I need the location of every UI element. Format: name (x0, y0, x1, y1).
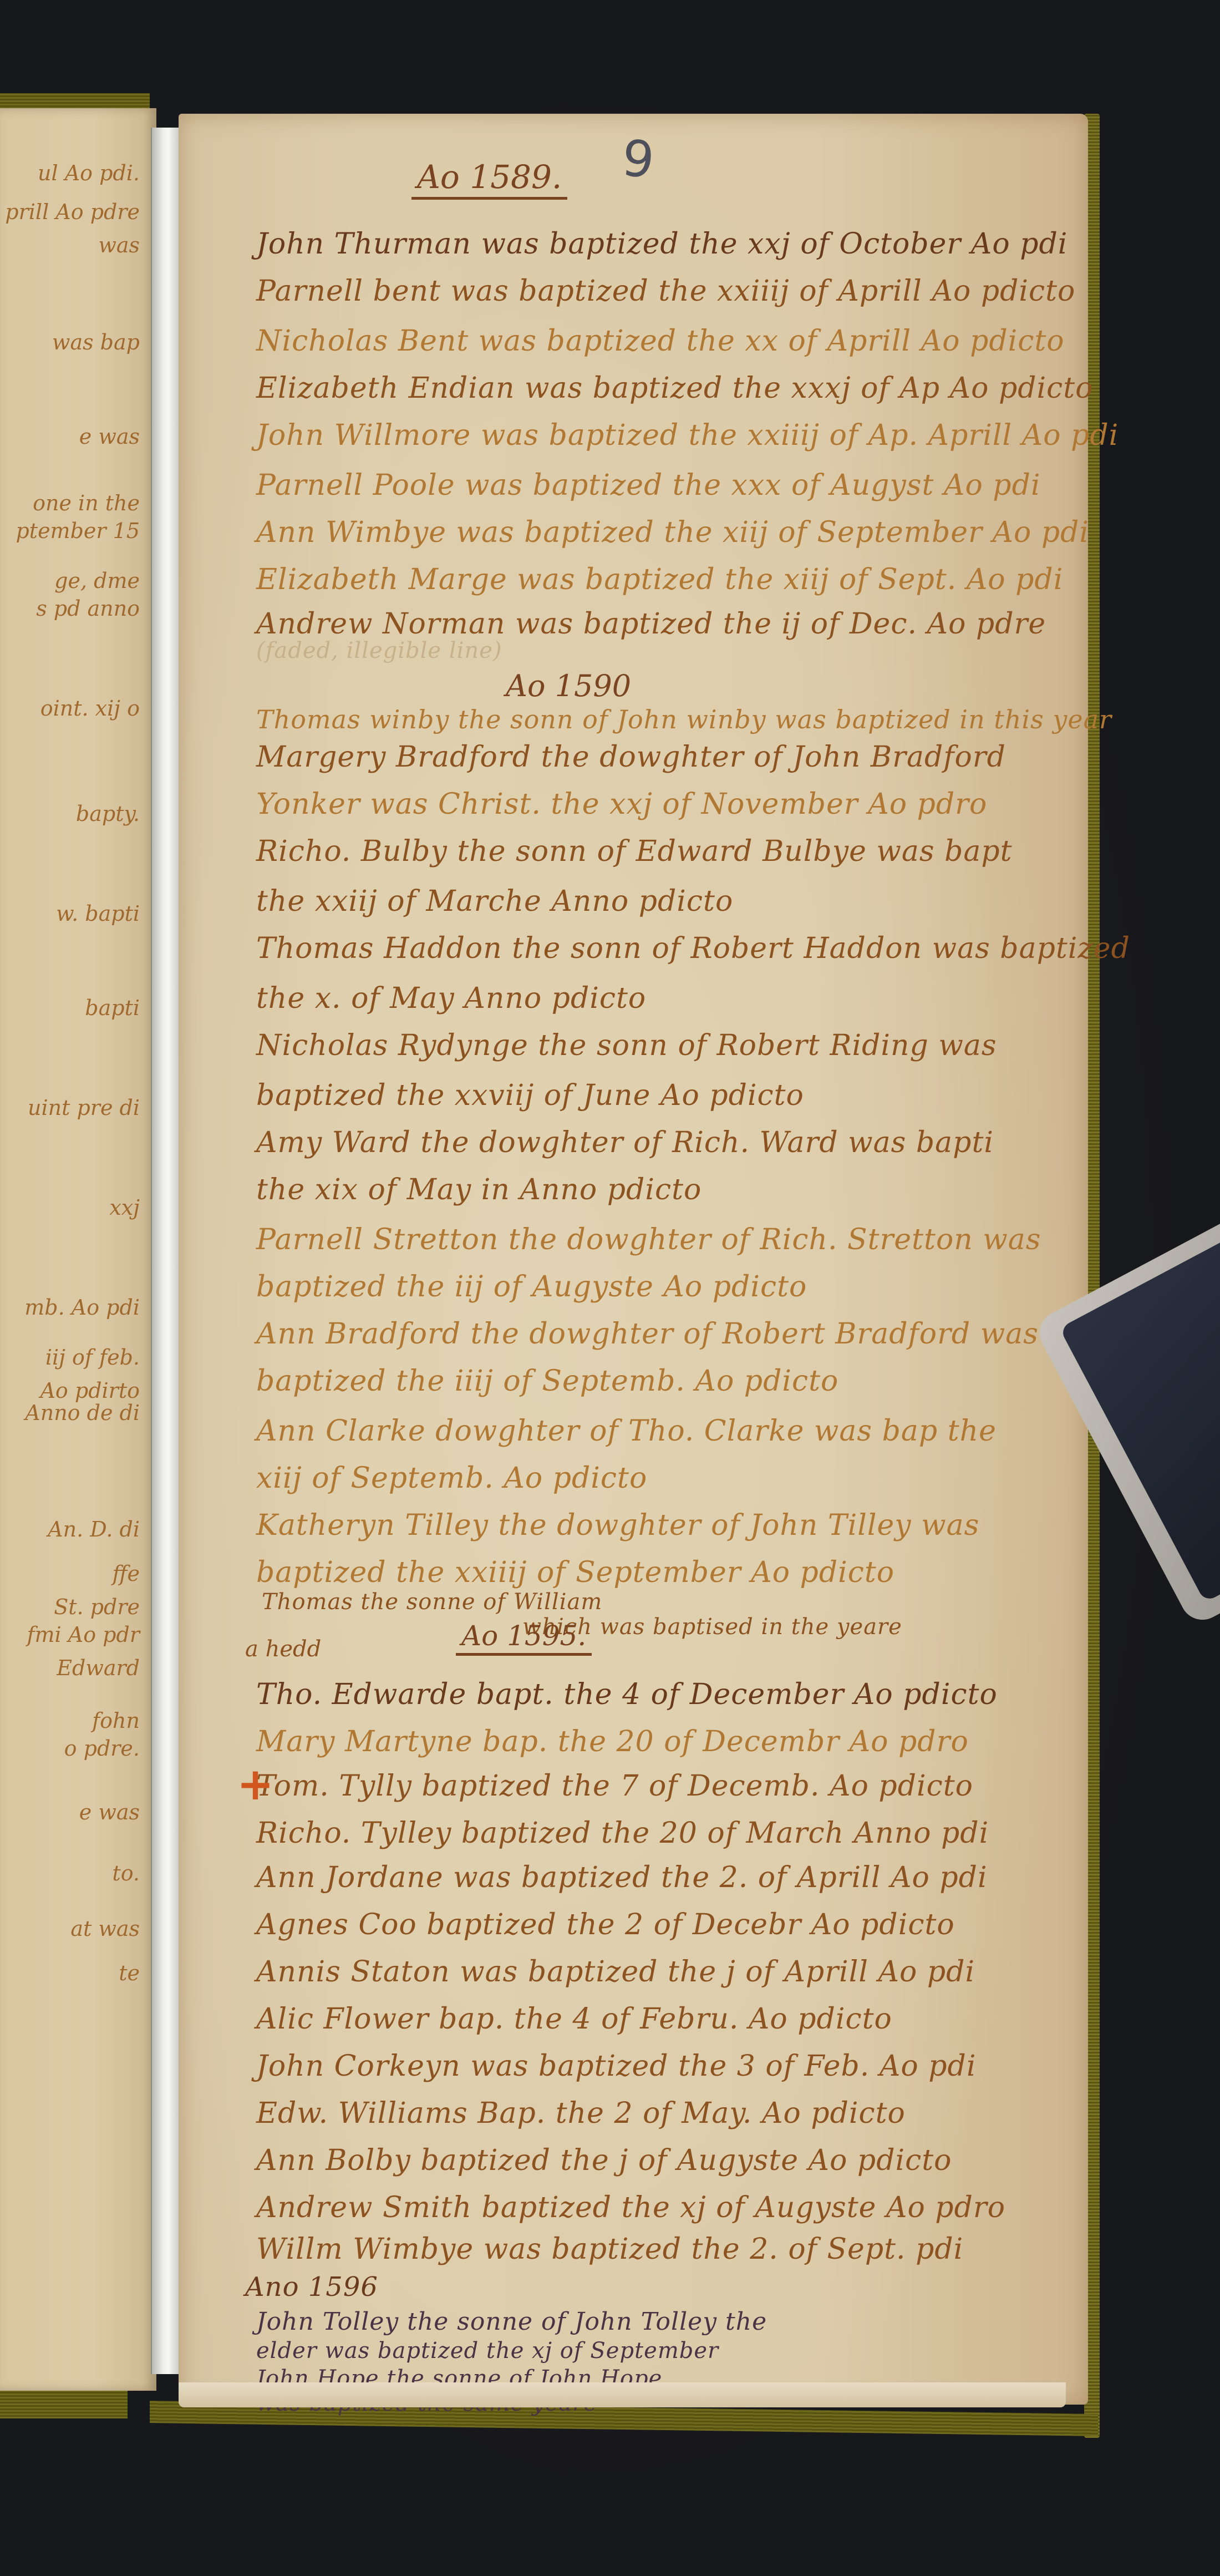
register-entry: Ann Bradford the dowghter of Robert Brad… (256, 1317, 1039, 1351)
left-page-line: ptember 15 (16, 519, 140, 543)
register-entry: the x. of May Anno pdicto (256, 982, 646, 1015)
left-page-line: ul Ao pdi. (38, 161, 140, 185)
register-entry: Ann Bolby baptized the j of Augyste Ao p… (256, 2144, 952, 2177)
left-page-line: e was (79, 1800, 140, 1824)
register-entry: the xxiij of Marche Anno pdicto (256, 885, 733, 918)
left-page-line: bapti (85, 996, 140, 1020)
left-page-line: was bap (52, 330, 140, 354)
register-entry: Annis Staton was baptized the j of April… (256, 1955, 975, 1989)
left-page-line: te (119, 1961, 140, 1985)
left-page-line: fohn (92, 1708, 140, 1733)
left-page-line: ffe (113, 1561, 140, 1586)
register-entry: Thomas Haddon the sonn of Robert Haddon … (256, 932, 1130, 965)
register-entry: Margery Bradford the dowghter of John Br… (256, 741, 1006, 774)
register-entry: Nicholas Rydynge the sonn of Robert Ridi… (256, 1029, 997, 1062)
register-entry: baptized the xxiiij of September Ao pdic… (256, 1556, 894, 1589)
register-entry: Yonker was Christ. the xxj of November A… (256, 788, 987, 821)
year-heading-1596: Ano 1596 (245, 2271, 378, 2303)
left-page-line: Anno de di (25, 1401, 140, 1425)
left-page: ul Ao pdi. prill Ao pdre was was bap e w… (0, 108, 156, 2391)
register-entry: baptized the xxviij of June Ao pdicto (256, 1079, 804, 1112)
left-page-line: St. pdre (54, 1595, 140, 1619)
page-bottom-edge (179, 2382, 1066, 2407)
page-number: 9 (619, 129, 657, 190)
register-entry: Parnell Poole was baptized the xxx of Au… (256, 469, 1041, 502)
register-entry: Parnell bent was baptized the xxiiij of … (256, 275, 1075, 308)
register-entry: Thomas winby the sonn of John winby was … (256, 704, 1112, 734)
left-page-line: w. bapti (56, 901, 140, 926)
year-heading-1589: Ao 1589. (411, 158, 567, 200)
left-page-line: to. (112, 1861, 140, 1885)
register-entry: Andrew Norman was baptized the ij of Dec… (256, 607, 1046, 641)
register-entry: Elizabeth Marge was baptized the xiij of… (256, 563, 1063, 596)
main-page: 9 Ao 1589. John Thurman was baptized the… (179, 114, 1088, 2405)
register-entry: Tho. Edwarde bapt. the 4 of December Ao … (256, 1678, 998, 1711)
year-heading-1595: Ao 1595. (456, 1620, 592, 1656)
register-entry: John Tolley the sonne of John Tolley the (256, 2308, 767, 2336)
register-entry: the xix of May in Anno pdicto (256, 1173, 701, 1206)
left-page-line: was (98, 233, 140, 257)
register-entry: Andrew Smith baptized the xj of Augyste … (256, 2191, 1005, 2224)
register-entry: Richo. Tylley baptized the 20 of March A… (256, 1817, 989, 1850)
left-page-line: fmi Ao pdr (27, 1622, 140, 1647)
register-entry: Ann Clarke dowghter of Tho. Clarke was b… (256, 1414, 997, 1448)
register-entry: John Willmore was baptized the xxiiij of… (256, 419, 1119, 452)
register-entry: Richo. Bulby the sonn of Edward Bulbye w… (256, 835, 1013, 868)
register-entry: Ann Wimbye was baptized the xiij of Sept… (256, 516, 1089, 549)
register-entry: Willm Wimbye was baptized the 2. of Sept… (256, 2233, 963, 2266)
left-page-line: s pd anno (36, 596, 140, 621)
register-entry: baptized the iiij of Septemb. Ao pdicto (256, 1365, 838, 1398)
left-page-line: Edward (57, 1656, 140, 1680)
register-entry: Alic Flower bap. the 4 of Febru. Ao pdic… (256, 2002, 892, 2036)
left-page-line: one in the (33, 491, 140, 515)
left-page-line: ge, dme (54, 569, 140, 593)
register-entry: elder was baptized the xj of September (256, 2338, 719, 2364)
register-entry: xiij of Septemb. Ao pdicto (256, 1462, 647, 1495)
register-entry: John Corkeyn was baptized the 3 of Feb. … (256, 2050, 976, 2083)
left-page-line: e was (79, 424, 140, 449)
left-page-line: at was (70, 1916, 140, 1941)
left-page-line: uint pre di (28, 1096, 140, 1120)
left-page-line: oint. xij o (40, 696, 140, 721)
left-page-line: An. D. di (48, 1517, 140, 1541)
year-heading-1590: Ao 1590 (500, 668, 637, 704)
register-entry: Edw. Williams Bap. the 2 of May. Ao pdic… (256, 2097, 906, 2130)
register-entry: Nicholas Bent was baptized the xx of Apr… (256, 324, 1065, 358)
left-page-line: mb. Ao pdi (24, 1295, 140, 1320)
register-entry: Katheryn Tilley the dowghter of John Til… (256, 1509, 979, 1542)
left-page-line: Ao pdirto (40, 1378, 140, 1403)
register-entry: Mary Martyne bap. the 20 of Decembr Ao p… (256, 1725, 969, 1758)
left-page-line: xxj (109, 1195, 140, 1220)
register-entry: Amy Ward the dowghter of Rich. Ward was … (256, 1126, 994, 1159)
interlinear-note: Thomas the sonne of William (262, 1589, 602, 1615)
register-entry: Tom. Tylly baptized the 7 of Decemb. Ao … (256, 1769, 973, 1803)
left-page-line: bapty. (76, 802, 140, 826)
register-entry: Ann Jordane was baptized the 2. of April… (256, 1861, 988, 1894)
left-page-line: prill Ao pdre (5, 200, 140, 224)
interlinear-note: a hedd (245, 1636, 321, 1662)
left-page-line: iij of feb. (45, 1345, 140, 1370)
register-entry: John Thurman was baptized the xxj of Oct… (256, 227, 1067, 261)
register-entry: Parnell Stretton the dowghter of Rich. S… (256, 1223, 1041, 1256)
register-entry: baptized the iij of Augyste Ao pdicto (256, 1270, 807, 1304)
red-cross-margin-mark: + (237, 1758, 274, 1810)
register-entry: Elizabeth Endian was baptized the xxxj o… (256, 372, 1094, 405)
faded-line: (faded, illegible line) (256, 638, 502, 663)
left-page-line: o pdre. (64, 1736, 140, 1761)
binding-guard-strip (151, 128, 180, 2374)
register-entry: Agnes Coo baptized the 2 of Decebr Ao pd… (256, 1908, 955, 1941)
